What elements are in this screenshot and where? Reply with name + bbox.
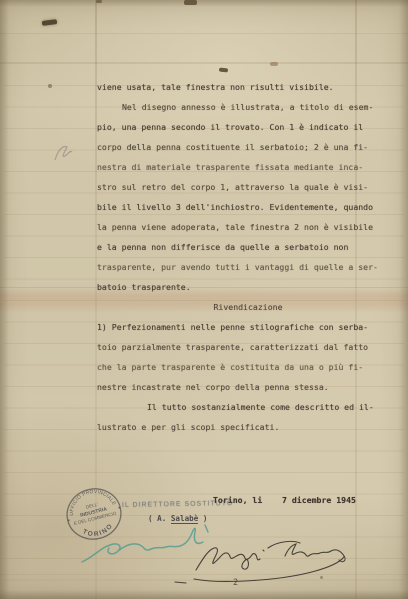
ink-stain [184, 0, 197, 5]
typed-line: nestra di materiale trasparente fissata … [97, 157, 373, 177]
typed-line: viene usata, tale finestra non risulti v… [97, 77, 373, 97]
typed-text-block: viene usata, tale finestra non risulti v… [97, 77, 373, 437]
ink-stain [48, 84, 52, 88]
stamp-ring-bottom-text: TORINO [80, 521, 116, 542]
typed-line: toio parzialmente trasparente, caratteri… [97, 337, 373, 357]
ink-stain [320, 576, 323, 579]
name-prefix: ( A. [148, 514, 171, 523]
signature-blue-ink [82, 525, 208, 562]
name-text: Salabè [171, 514, 198, 524]
scanned-document-page: viene usata, tale finestra non risulti v… [0, 0, 408, 599]
typed-line: Nel disegno annesso è illustrata, a tito… [97, 97, 373, 117]
typed-line: stro sul retro del corpo 1, attraverso l… [97, 177, 373, 197]
typed-line: bile il livello 3 dell'inchiostro. Evide… [97, 197, 373, 217]
horizontal-crease-upper [0, 62, 408, 64]
claims-heading: Rivendicazione [97, 297, 373, 317]
horizontal-crease-top [0, 33, 408, 34]
typed-line: corpo della penna costituente il serbato… [97, 137, 373, 157]
ink-stain [96, 0, 102, 3]
ink-stain [42, 19, 57, 26]
typed-line: che la parte trasparente è costituita da… [97, 357, 373, 377]
stamp-center-line2: INDUSTRIA [80, 506, 108, 519]
name-suffix: ) [198, 514, 207, 523]
svg-text:TORINO: TORINO [80, 521, 116, 542]
typed-line: e la penna non differisce da quelle a se… [97, 237, 373, 257]
ink-stain [270, 62, 278, 66]
provincial-office-round-stamp: UFFICIO PROVINCIALE DELL' INDUSTRIA E DE… [56, 478, 136, 556]
dateline: Torino, li 7 dicembre 1945 [213, 495, 356, 505]
stamp-center-line1: DELL' [85, 502, 98, 510]
typed-line: nestre incastrate nel corpo della penna … [97, 377, 373, 397]
stamp-ring-top-text: UFFICIO PROVINCIALE [64, 484, 117, 517]
typed-line: lustrato e per gli scopi specificati. [97, 417, 373, 437]
svg-text:UFFICIO PROVINCIALE: UFFICIO PROVINCIALE [64, 484, 117, 517]
pencil-mark [55, 147, 72, 160]
typed-line: Il tutto sostanzialmente come descritto … [97, 397, 373, 417]
signature-dark-ink [175, 541, 345, 583]
ink-stain [219, 68, 228, 73]
typed-line: batoio trasparente. [97, 277, 373, 297]
typed-line: trasparente, pur avendo tutti i vantaggi… [97, 257, 373, 277]
page-number: 2 [233, 578, 238, 588]
stamp-center-line3: E DEL COMMERCIO [73, 511, 117, 526]
horizontal-crease-bottom [0, 574, 408, 575]
director-role-stamp: IL DIRETTORE SOSTITUTO [122, 500, 233, 509]
typed-line: la penna viene adoperata, tale finestra … [97, 217, 373, 237]
typed-line: 1) Perfezionamenti nelle penne stilograf… [97, 317, 373, 337]
typed-line: pio, una penna secondo il trovato. Con 1… [97, 117, 373, 137]
director-name-stamp: ( A. Salabè ) [148, 514, 207, 523]
